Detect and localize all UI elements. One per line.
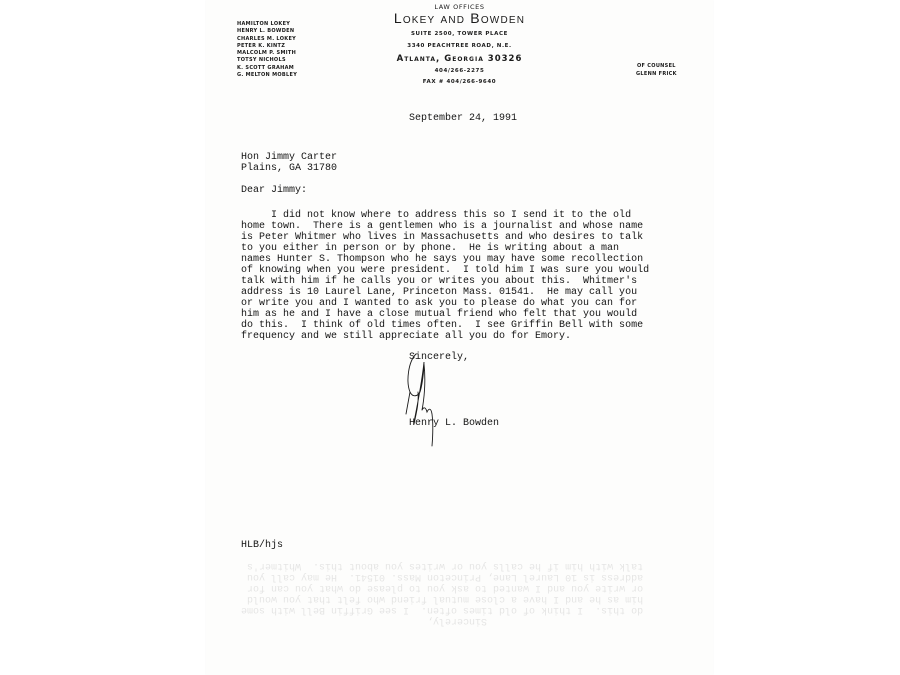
body-line: names Hunter S. Thompson who he says you…	[241, 254, 649, 265]
salutation: Dear Jimmy:	[241, 185, 307, 196]
bleed-through-text: Sincerely,do this. I think of old times …	[241, 560, 643, 626]
partner-name: HAMILTON LOKEY	[237, 21, 297, 28]
body-line: home town. There is a gentlemen who is a…	[241, 221, 649, 232]
ghost-line: talk with him if he calls you or writes …	[241, 560, 643, 571]
partner-name: TOTSY NICHOLS	[237, 57, 297, 64]
partner-name: MALCOLM P. SMITH	[237, 50, 297, 57]
body-line: is Peter Whitmer who lives in Massachuse…	[241, 232, 649, 243]
reference-initials: HLB/hjs	[241, 540, 283, 551]
body-line: address is 10 Laurel Lane, Princeton Mas…	[241, 287, 649, 298]
ghost-line: do this. I think of old times often. I s…	[241, 604, 643, 615]
of-counsel-name: GLENN FRICK	[636, 70, 677, 78]
ghost-line: or write you and I wanted to ask you to …	[241, 582, 643, 593]
body-line: him as he and I have a close mutual frie…	[241, 309, 649, 320]
body-line: to you either in person or by phone. He …	[241, 243, 649, 254]
handwritten-signature-icon	[402, 352, 452, 447]
ghost-line: him as he and I have a close mutual frie…	[241, 593, 643, 604]
partner-name: PETER K. KINTZ	[237, 43, 297, 50]
body-line: of knowing when you were president. I to…	[241, 265, 649, 276]
partner-name: G. MELTON MOBLEY	[237, 72, 297, 79]
of-counsel-label: OF COUNSEL	[636, 62, 677, 70]
ghost-line: address is 10 Laurel Lane, Princeton Mas…	[241, 571, 643, 582]
letterhead-of-counsel: OF COUNSEL GLENN FRICK	[636, 62, 677, 78]
ghost-line: Sincerely,	[241, 615, 643, 626]
letter-date: September 24, 1991	[409, 113, 517, 124]
partner-name: CHARLES M. LOKEY	[237, 36, 297, 43]
recipient-address: Hon Jimmy CarterPlains, GA 31780	[241, 152, 337, 174]
body-line: or write you and I wanted to ask you to …	[241, 298, 649, 309]
signer-name: Henry L. Bowden	[409, 418, 499, 429]
letter-page: LAW OFFICES Lokey and Bowden SUITE 2500,…	[206, 0, 713, 675]
letter-body: I did not know where to address this so …	[241, 210, 649, 342]
body-line: I did not know where to address this so …	[241, 210, 649, 221]
body-line: talk with him if he calls you or writes …	[241, 276, 649, 287]
recipient-line-1: Hon Jimmy Carter	[241, 152, 337, 163]
partner-name: HENRY L. BOWDEN	[237, 28, 297, 35]
partner-name: K. SCOTT GRAHAM	[237, 65, 297, 72]
body-line: frequency and we still appreciate all yo…	[241, 331, 649, 342]
recipient-line-2: Plains, GA 31780	[241, 163, 337, 174]
letterhead-fax: FAX # 404/266-9640	[206, 79, 713, 85]
body-line: do this. I think of old times often. I s…	[241, 320, 649, 331]
letterhead-partners-list: HAMILTON LOKEY HENRY L. BOWDEN CHARLES M…	[237, 21, 297, 79]
